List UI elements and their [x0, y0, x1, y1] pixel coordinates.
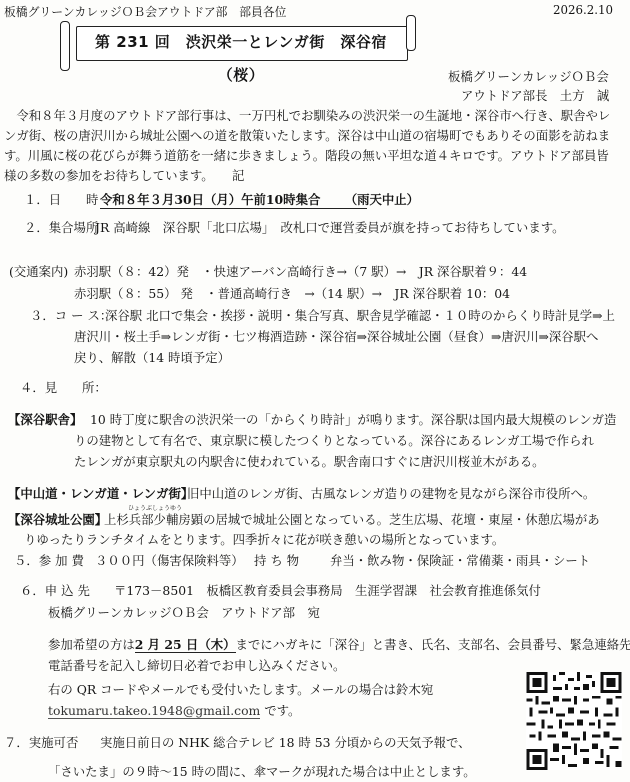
qr-code-icon[interactable]	[526, 672, 622, 770]
intro-line-2: ンガ街、桜の唐沢川から城址公園への道を散策いたします。深谷は中山道の宿場町でもあ…	[4, 126, 610, 144]
belongings-value: 弁当・飲み物・保険証・常備薬・雨具・シート	[330, 551, 590, 569]
fee-label: ５．参 加 費	[14, 551, 84, 569]
deadline-row: 参加希望の方は2 月 25 日（木）までにハガキに「深谷」と書き、氏名、支部名、…	[48, 635, 630, 653]
weather-label: ７．実施可否	[4, 733, 78, 751]
scroll-left-roll	[60, 21, 70, 71]
ki-mark: 記	[232, 166, 244, 184]
apply-line-2: 電話番号を記入し締切日必着でお申し込みください。	[48, 656, 345, 674]
date-label: １．日 時	[24, 190, 98, 208]
meeting-label: ２．集合場所	[24, 218, 98, 236]
page-title: 第 231 回 渋沢栄一とレンガ街 深谷宿（桜）	[76, 26, 406, 59]
sights-label: ４．見 所：	[20, 378, 107, 396]
deadline-pre: 参加希望の方は	[48, 637, 135, 652]
weather-line-1: 実施日前日の NHK 総合テレビ 18 時 53 分頃からの天気予報で、	[100, 733, 471, 751]
meeting-value: JR 高崎線 深谷駅「北口広場」 改札口で運営委員が旗を持ってお待ちしています。	[95, 218, 565, 236]
document-date: 2026.2.10	[553, 3, 613, 17]
course-line-1: 深谷駅 北口で集会・挨拶・説明・集合写真、駅舎見学確認・１０時のからくり時計見学…	[105, 306, 615, 324]
apply-line-3: 右の QR コードやメールでも受付いたします。メールの場合は鈴木宛	[48, 680, 433, 698]
course-line-2: 唐沢川・桜土手⇒レンガ街・七ツ梅酒造跡・深谷宿⇒深谷城址公園（昼食）⇒唐沢川⇒深…	[74, 327, 598, 345]
deadline-date: 2 月 25 日（木）	[135, 637, 236, 653]
email-suffix: です。	[260, 703, 300, 718]
intro-line-1: 令和８年３月度のアウトドア部行事は、一万円札でお馴染みの渋沢栄一の生誕地・深谷市…	[4, 106, 610, 124]
transit-line-2: 赤羽駅（８：55） 発 ・普通高崎行き →（14 駅）→ JR 深谷駅着 10：…	[74, 284, 510, 302]
sender-name: アウトドア部長 土方 誠	[461, 86, 609, 104]
email-link[interactable]: tokumaru.takeo.1948@gmail.com	[48, 703, 260, 719]
email-row: tokumaru.takeo.1948@gmail.com です。	[48, 701, 300, 719]
sight-tag-castle: 【深谷城址公園】	[8, 510, 107, 528]
sight-castle-line-1: 上杉兵部少輔房顕の居城で城址公園となっている。芝生広場、花壇・東屋・休憩広場があ	[104, 510, 600, 528]
date-value-row: 令和８年３月30日（月）午前10時集合 （雨天中止）	[100, 190, 367, 209]
sight-tag-station: 【深谷駅舎】	[8, 410, 82, 428]
transit-label: (交通案内)	[9, 262, 68, 280]
course-line-3: 戻り、解散（14 時頃予定）	[74, 348, 230, 366]
intro-line-4: 様の多数の参加をお待ちしています。	[4, 166, 214, 184]
scroll-right-roll	[406, 15, 416, 51]
sender-org: 板橋グリーンカレッジＯＢ会	[448, 67, 609, 85]
belongings-label: 持 ち 物	[254, 551, 299, 569]
addressee: 板橋グリーンカレッジＯＢ会アウトドア部 部員各位	[4, 3, 286, 20]
sight-station-line-3: たレンガが東京駅丸の内駅舎に使われている。駅舎南口すぐに唐沢川桜並木がある。	[74, 452, 545, 470]
sight-nakasendo-line-1: 旧中山道のレンガ街、古風なレンガ造りの建物を見ながら深谷市役所へ。	[187, 484, 595, 502]
apply-address: 〒173－8501 板橋区教育委員会事務局 生涯学習課 社会教育推進係気付	[114, 581, 541, 599]
deadline-post: までにハガキに「深谷」と書き、氏名、支部名、会員番号、緊急連絡先	[236, 637, 630, 652]
apply-label: ６．申 込 先	[20, 581, 90, 599]
weather-line-2: 「さいたま」の９時～15 時の間に、傘マークが現れた場合は中止とします。	[48, 762, 476, 780]
rain-note: （雨天中止）	[345, 192, 419, 207]
sight-station-line-2: りの建物として有名で、東京駅に模したつくりとなっている。深谷にあるレンガ工場で作…	[74, 431, 594, 449]
date-value: 令和８年３月30日（月）午前10時集合	[100, 192, 320, 207]
intro-line-3: す。川風に桜の花びらが舞う道筋を一緒に歩きましょう。階段の無い平坦な道４キロです…	[4, 146, 609, 164]
sight-tag-nakasendo: 【中山道・レンガ道・レンガ街】	[8, 484, 193, 502]
sight-castle-line-2: りゆったりランチタイムをとります。四季折々に花が咲き憩いの場所となっています。	[24, 530, 504, 548]
transit-line-1: 赤羽駅（８：42）発 ・快速アーバン高崎行き→（7 駅）→ JR 深谷駅着９：4…	[74, 262, 527, 280]
apply-addressee: 板橋グリーンカレッジＯＢ会 アウトドア部 宛	[48, 603, 320, 621]
fee-value: ３００円（傷害保険料等）	[95, 551, 244, 569]
course-label: ３．コ ー ス：	[30, 306, 112, 324]
sight-station-line-1: 10 時丁度に駅舎の渋沢栄一の「からくり時計」が鳴ります。深谷駅は国内最大規模の…	[90, 410, 616, 428]
